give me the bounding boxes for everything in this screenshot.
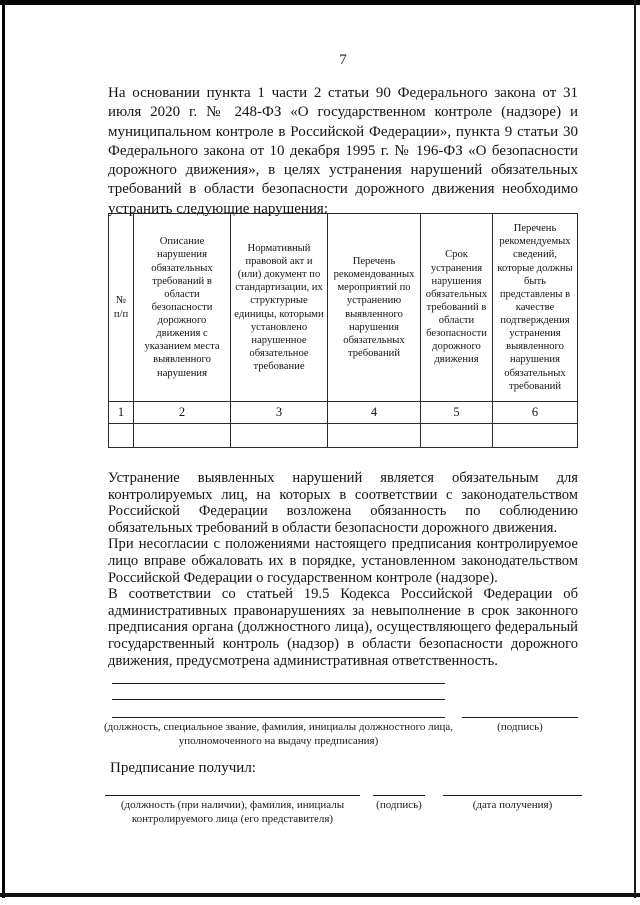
column-index: 5 xyxy=(421,402,493,424)
issuer-signature-line xyxy=(462,717,578,718)
issuer-signature-caption: (подпись) xyxy=(462,721,578,735)
blank-line-1 xyxy=(112,683,445,684)
paragraph-liability: В соответствии со статьей 19.5 Кодекса Р… xyxy=(108,586,578,669)
empty-cell xyxy=(134,424,231,448)
violations-table: № п/п Описание нарушения обязательных тр… xyxy=(108,213,578,448)
violations-table-wrapper: № п/п Описание нарушения обязательных тр… xyxy=(108,213,578,448)
column-header-legal-act: Нормативный правовой акт и (или) докумен… xyxy=(231,214,328,402)
received-label: Предписание получил: xyxy=(110,760,256,777)
column-header-measures: Перечень рекомендованных мероприятий по … xyxy=(328,214,421,402)
column-index: 2 xyxy=(134,402,231,424)
empty-cell xyxy=(493,424,578,448)
column-index: 4 xyxy=(328,402,421,424)
issuer-caption: (должность, специальное звание, фамилия,… xyxy=(102,721,455,748)
recipient-signature-caption: (подпись) xyxy=(363,799,435,813)
document-page: 7 На основании пункта 1 части 2 статьи 9… xyxy=(0,0,640,905)
page-number: 7 xyxy=(108,52,578,69)
paragraph-obligation: Устранение выявленных нарушений является… xyxy=(108,470,578,536)
scan-border-left xyxy=(2,0,5,898)
column-index: 6 xyxy=(493,402,578,424)
recipient-signature-line xyxy=(373,795,425,796)
receipt-date-caption: (дата получения) xyxy=(433,799,592,813)
paragraph-appeal: При несогласии с положениями настоящего … xyxy=(108,536,578,586)
recipient-name-line xyxy=(105,795,360,796)
empty-cell xyxy=(231,424,328,448)
recipient-caption: (должность (при наличии), фамилия, иници… xyxy=(95,799,370,826)
table-numbers-row: 1 2 3 4 5 6 xyxy=(109,402,578,424)
issuer-name-line xyxy=(112,717,445,718)
body-text-block: Устранение выявленных нарушений является… xyxy=(108,470,578,669)
table-header-row: № п/п Описание нарушения обязательных тр… xyxy=(109,214,578,402)
column-header-evidence: Перечень рекомендуемых сведений, которые… xyxy=(493,214,578,402)
empty-cell xyxy=(421,424,493,448)
column-header-description: Описание нарушения обязательных требован… xyxy=(134,214,231,402)
column-header-deadline: Срок устранения нарушения обязательных т… xyxy=(421,214,493,402)
column-index: 1 xyxy=(109,402,134,424)
empty-cell xyxy=(109,424,134,448)
intro-paragraph: На основании пункта 1 части 2 статьи 90 … xyxy=(108,84,578,219)
scan-border-right xyxy=(634,0,636,898)
empty-cell xyxy=(328,424,421,448)
column-header-num: № п/п xyxy=(109,214,134,402)
scan-border-top xyxy=(0,0,640,5)
scan-border-bottom xyxy=(0,893,640,897)
blank-line-2 xyxy=(112,699,445,700)
receipt-date-line xyxy=(443,795,582,796)
column-index: 3 xyxy=(231,402,328,424)
table-empty-row xyxy=(109,424,578,448)
